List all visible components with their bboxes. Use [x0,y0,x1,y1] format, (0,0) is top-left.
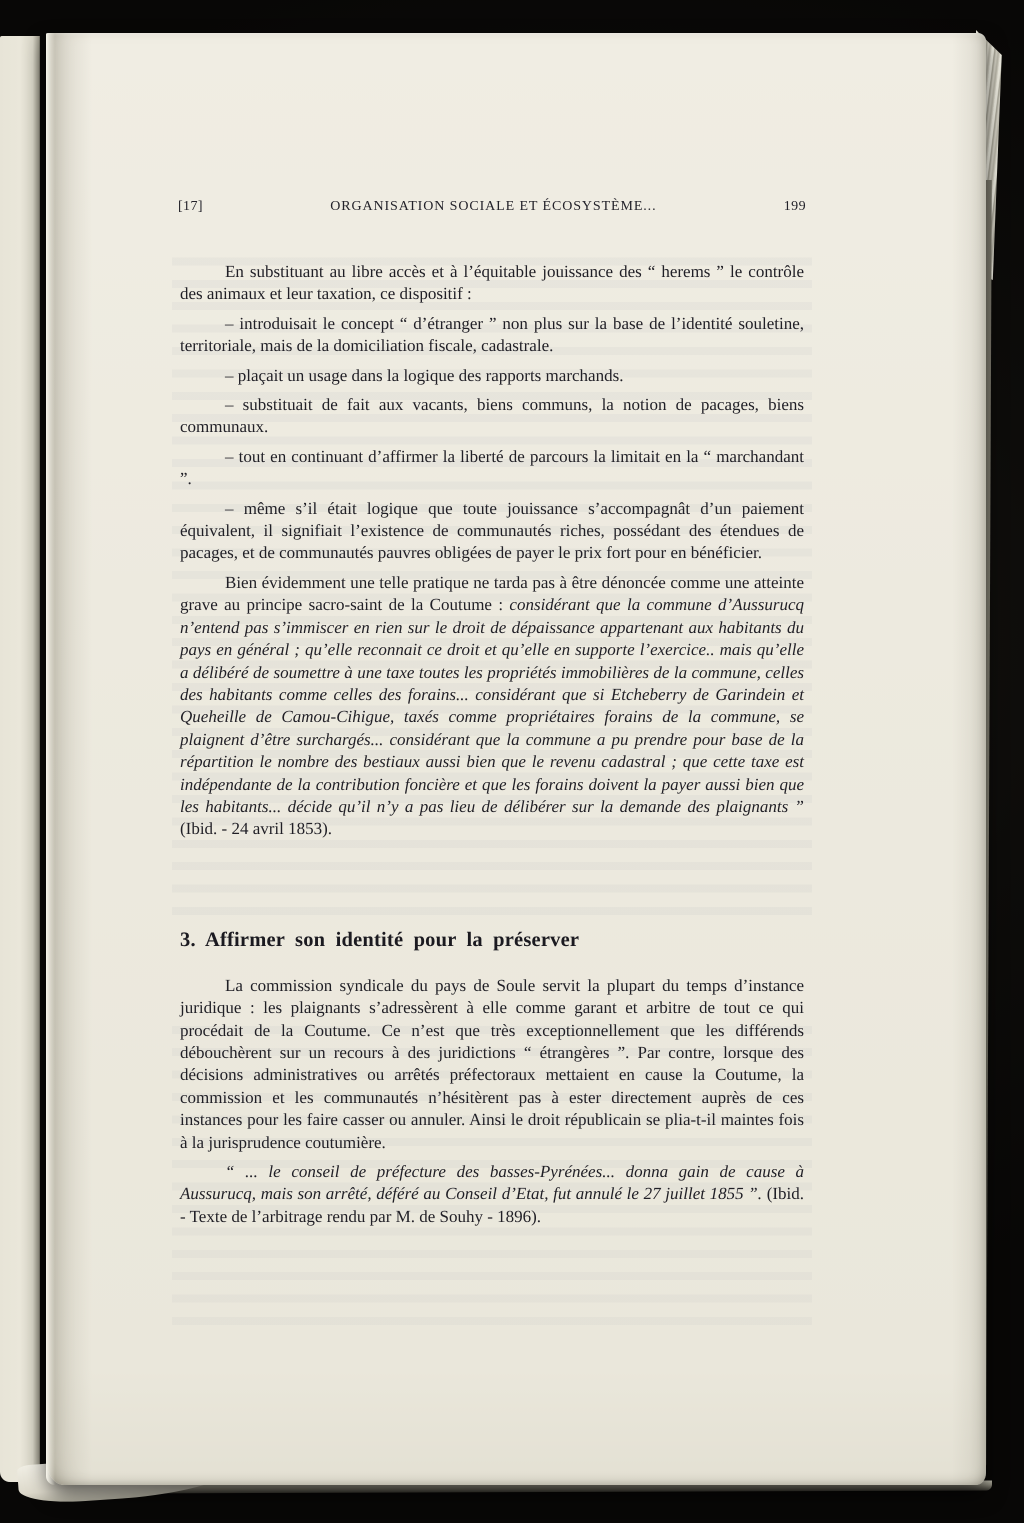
quoted-italic-text: “ ... le conseil de préfecture des basse… [180,1162,804,1203]
list-item: – même s’il était logique que toute joui… [180,498,804,565]
list-item: – tout en continuant d’affirmer la liber… [180,446,804,491]
header-page-number: 199 [784,199,806,215]
body-text: (Ibid. - 24 avril 1853). [180,819,332,838]
body-text: – introduisait le concept “ d’étranger ”… [180,314,804,355]
paragraph: Bien évidemment une telle pratique ne ta… [180,572,804,841]
body-text: La commission syndicale du pays de Soule… [180,976,804,1152]
list-item: – substituait de fait aux vacants, biens… [180,394,804,439]
list-item: – introduisait le concept “ d’étranger ”… [180,313,804,358]
book-page: [17] ORGANISATION SOCIALE ET ÉCOSYSTÈME.… [46,33,986,1485]
quoted-italic-text: considérant que la commune d’Aussurucq n… [180,595,804,816]
body-text: – substituait de fait aux vacants, biens… [180,395,804,436]
body-text: – plaçait un usage dans la logique des r… [225,366,623,385]
text-column: En substituant au libre accès et à l’équ… [180,261,804,1228]
paragraph: “ ... le conseil de préfecture des basse… [180,1161,804,1228]
body-text: – tout en continuant d’affirmer la liber… [180,447,804,488]
body-text: En substituant au libre accès et à l’équ… [180,262,804,303]
paragraph: La commission syndicale du pays de Soule… [180,975,804,1154]
running-header: [17] ORGANISATION SOCIALE ET ÉCOSYSTÈME.… [178,199,806,215]
photo-background: [17] ORGANISATION SOCIALE ET ÉCOSYSTÈME.… [0,0,1024,1523]
paragraph: En substituant au libre accès et à l’équ… [180,261,804,306]
section-heading: 3. Affirmer son identité pour la préserv… [180,927,804,953]
previous-page-edge [0,36,40,1482]
header-title: ORGANISATION SOCIALE ET ÉCOSYSTÈME... [330,199,656,215]
body-text: 3. Affirmer son identité pour la préserv… [180,929,579,951]
header-section-marker: [17] [178,199,203,215]
body-text: – même s’il était logique que toute joui… [180,499,804,563]
list-item: – plaçait un usage dans la logique des r… [180,365,804,387]
